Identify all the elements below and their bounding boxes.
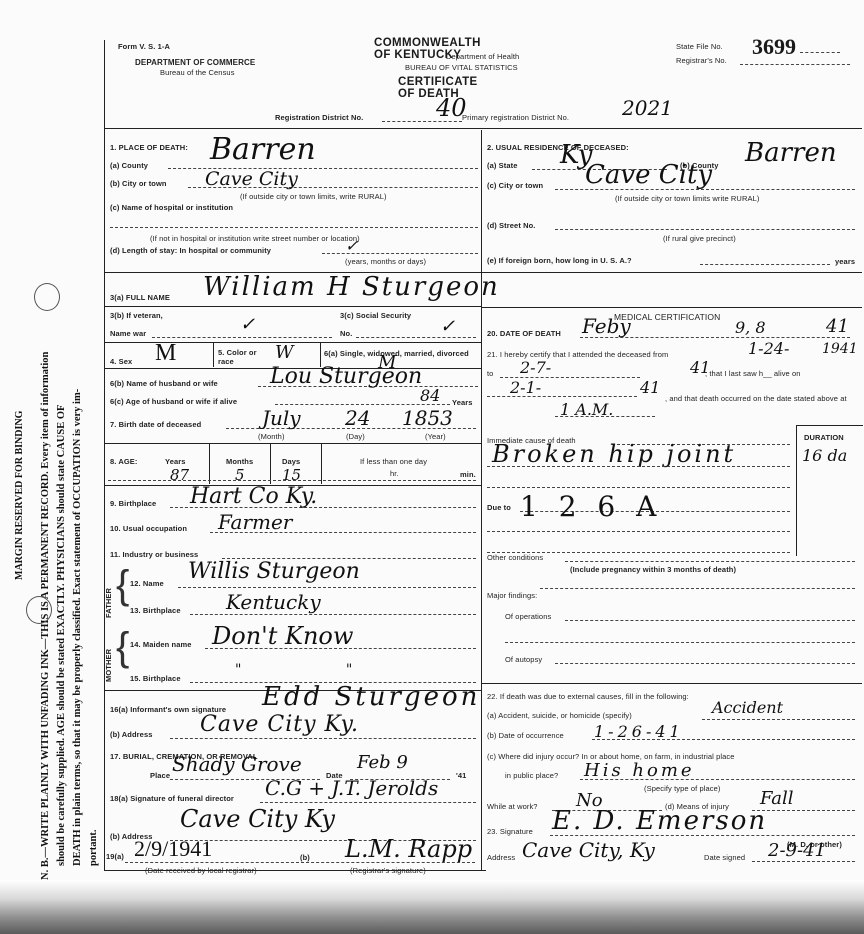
father-birthplace-label: 13. Birthplace (130, 606, 181, 615)
burial-place-label: Place (150, 771, 170, 780)
spouse-label: 6(b) Name of husband or wife (110, 379, 218, 388)
veteran-label: 3(b) If veteran, (110, 311, 163, 320)
sex-label: 4. Sex (110, 357, 132, 366)
registrar-sig-note: (Registrar's signature) (350, 866, 426, 875)
duration-box (796, 425, 863, 556)
age-hr-label: hr. (390, 469, 399, 478)
birth-day-value: 24 (345, 406, 370, 430)
certifier-address-label: Address (487, 853, 515, 862)
race-value: W (275, 342, 294, 363)
father-brace: { (116, 565, 129, 605)
spouse-age-value: 84 (420, 386, 440, 405)
operations-label: Of operations (505, 612, 551, 621)
registrar-signature-value: L.M. Rapp (345, 835, 472, 863)
burial-year-value: '41 (456, 771, 466, 780)
major-findings-label: Major findings: (487, 591, 537, 600)
mother-birthplace-label: 15. Birthplace (130, 674, 181, 683)
department-name: DEPARTMENT OF COMMERCE (135, 58, 255, 67)
certifier-address-value: Cave City, Ky (522, 838, 655, 862)
birth-month-note: (Month) (258, 432, 285, 441)
father-birthplace-value: Kentucky (226, 590, 321, 614)
ss-no-value: ✓ (440, 316, 455, 337)
age-days-label: Days (282, 457, 300, 466)
punch-hole-top (34, 283, 60, 311)
due-to-value: 1 2 6 A (520, 490, 662, 523)
manner-label: (a) Accident, suicide, or homicide (spec… (487, 711, 632, 720)
certifier-signature-value: E. D. Emerson (552, 806, 767, 836)
birthplace-label: 9. Birthplace (110, 499, 156, 508)
registrar-number-label: Registrar's No. (676, 56, 727, 65)
informant-address-label: (b) Address (110, 730, 153, 739)
scan-edge-shadow (0, 880, 864, 934)
sex-value: M (155, 340, 176, 367)
funeral-director-address-value: Cave City Ky (180, 805, 335, 833)
age-less-than-day-label: If less than one day (360, 457, 427, 466)
attended-from-year: 1941 (822, 341, 858, 357)
mother-birthplace-value: " " (235, 662, 402, 678)
birth-day-note: (Day) (346, 432, 365, 441)
age-days-value: 15 (282, 466, 301, 484)
primary-district-label: Primary registration District No. (462, 113, 569, 122)
burial-place-value: Shady Grove (172, 752, 302, 776)
attended-label: 21. I hereby certify that I attended the… (487, 350, 668, 359)
department-of-health: Department of Health (446, 52, 519, 61)
duration-label: DURATION (804, 433, 844, 442)
stay-label: (d) Length of stay: In hospital or commu… (110, 246, 271, 255)
form-number: Form V. S. 1-A (118, 42, 170, 51)
form-top-rule (104, 128, 862, 129)
foreign-born-label: (e) If foreign born, how long in U. S. A… (487, 256, 632, 265)
punch-hole-bottom (26, 596, 52, 624)
occurred-label: , and that death occurred on the date st… (665, 389, 860, 408)
full-name-label: 3(a) FULL NAME (110, 293, 170, 302)
residence-heading: 2. USUAL RESIDENCE OF DECEASED: (487, 143, 629, 152)
state-file-label: State File No. (676, 42, 723, 51)
due-to-label: Due to (487, 503, 511, 512)
death-county-value: Barren (210, 132, 316, 167)
full-name-value: William H Sturgeon (203, 272, 500, 302)
war-value: ✓ (240, 314, 255, 335)
residence-state-label: (a) State (487, 161, 518, 170)
last-saw-value: 2-1- (510, 378, 541, 397)
birthplace-value: Hart Co Ky. (190, 484, 317, 509)
age-years-value: 87 (170, 466, 189, 484)
at-work-label: While at work? (487, 802, 538, 811)
city-label: (b) City or town (110, 179, 167, 188)
death-city-value: Cave City (205, 168, 298, 190)
registrar-sig-label: (b) (300, 853, 310, 862)
occupation-value: Farmer (218, 510, 292, 534)
margin-instructions-line3: DEATH in plain terms, so that it may be … (72, 389, 83, 866)
margin-binding-note: MARGIN RESERVED FOR BINDING (14, 411, 25, 580)
ss-no-label: No. (340, 329, 352, 338)
date-of-death-label: 20. DATE OF DEATH (487, 329, 561, 338)
external-causes-heading: 22. If death was due to external causes,… (487, 692, 689, 701)
marital-label: 6(a) Single, widowed, married, divorced (324, 348, 474, 359)
residence-street-note: (If rural give precinct) (663, 234, 736, 243)
attended-from-value: 1-24- (748, 339, 789, 358)
mother-maiden-value: Don't Know (212, 622, 353, 650)
place-of-death-heading: 1. PLACE OF DEATH: (110, 143, 188, 152)
industry-label: 11. Industry or business (110, 550, 198, 559)
informant-address-value: Cave City Ky. (200, 712, 359, 737)
occupation-label: 10. Usual occupation (110, 524, 187, 533)
race-label: 5. Color or race (218, 348, 258, 366)
age-months-label: Months (226, 457, 253, 466)
state-file-number: 3699 (752, 34, 796, 60)
age-label: 8. AGE: (110, 457, 138, 466)
manner-value: Accident (712, 698, 783, 717)
registrar-date-note: (Date received by local registrar) (145, 866, 257, 875)
foreign-born-suffix: years (835, 257, 855, 266)
injury-place-value: His home (584, 760, 695, 781)
stay-value: ✓ (345, 236, 358, 255)
stay-note: (years, months or days) (345, 257, 426, 266)
margin-instructions-line2: should be carefully supplied. AGE should… (56, 405, 67, 866)
birth-year-value: 1853 (402, 406, 453, 430)
father-name-label: 12. Name (130, 579, 164, 588)
hospital-note: (If not in hospital or institution write… (150, 234, 360, 243)
injury-place-note: (Specify type of place) (644, 784, 721, 793)
attended-to-value: 2-7- (520, 358, 551, 377)
residence-city-value: Cave City (585, 160, 712, 190)
birth-year-note: (Year) (425, 432, 446, 441)
registrar-date-label: 19(a) (106, 852, 124, 861)
last-saw-year: 41 (640, 378, 660, 397)
spouse-age-suffix: Years (452, 398, 473, 407)
residence-city-label: (c) City or town (487, 181, 543, 190)
form-center-divider (481, 130, 482, 870)
social-security-label: 3(c) Social Security (340, 311, 411, 320)
immediate-cause-value: Broken hip joint (492, 440, 736, 468)
residence-street-label: (d) Street No. (487, 221, 535, 230)
mother-brace: { (116, 627, 129, 667)
date-of-death-month: Feby (582, 314, 631, 338)
spouse-value: Lou Sturgeon (270, 364, 422, 389)
primary-district-number: 2021 (622, 96, 673, 120)
father-name-value: Willis Sturgeon (188, 559, 360, 584)
bureau-of-vital-statistics: BUREAU OF VITAL STATISTICS (405, 63, 518, 72)
city-note: (If outside city or town limits, write R… (240, 192, 387, 201)
registration-district-label: Registration District No. (275, 113, 363, 122)
hospital-label: (c) Name of hospital or institution (110, 203, 233, 212)
age-min-label: min. (460, 470, 476, 479)
other-conditions-label: Other conditions (487, 553, 543, 562)
occurrence-date-label: (b) Date of occurrence (487, 731, 564, 740)
date-signed-value: 2-9-41 (768, 840, 826, 861)
margin-instructions-line4: portant. (88, 830, 99, 866)
county-label: (a) County (110, 161, 148, 170)
date-of-death-year: 41 (826, 316, 849, 337)
informant-signature-value: Edd Sturgeon (262, 682, 480, 712)
duration-value: 16 da (802, 446, 847, 465)
birth-date-label: 7. Birth date of deceased (110, 420, 201, 429)
date-signed-label: Date signed (704, 853, 745, 862)
injury-place-label-line2: in public place? (505, 771, 558, 780)
funeral-director-value: C.G + J.T. Jerolds (265, 776, 438, 800)
funeral-director-label: 18(a) Signature of funeral director (110, 794, 234, 803)
war-label: Name war (110, 329, 146, 338)
spouse-age-label: 6(c) Age of husband or wife if alive (110, 397, 237, 406)
last-saw-label: , that I last saw h__ alive on (705, 369, 801, 378)
age-months-value: 5 (235, 466, 245, 484)
attended-to-label: to (487, 369, 493, 378)
autopsy-label: Of autopsy (505, 655, 542, 664)
residence-city-note: (If outside city or town limits write RU… (615, 194, 759, 203)
residence-county-value: Barren (745, 138, 837, 168)
bureau-name: Bureau of the Census (160, 68, 235, 77)
burial-date-value: Feb 9 (357, 752, 408, 773)
certifier-signature-label: 23. Signature (487, 827, 533, 836)
registrar-date-value: 2/9/1941 (134, 836, 212, 862)
birth-month-value: July (262, 406, 301, 430)
occurrence-date-value: 1-26-41 (594, 722, 684, 741)
mother-tag: MOTHER (104, 649, 113, 682)
other-conditions-note: (Include pregnancy within 3 months of de… (570, 565, 736, 574)
form-left-border (104, 40, 105, 870)
father-tag: FATHER (104, 588, 113, 618)
age-years-label: Years (165, 457, 186, 466)
mother-maiden-label: 14. Maiden name (130, 640, 192, 649)
date-of-death-day: 9, 8 (735, 318, 766, 337)
